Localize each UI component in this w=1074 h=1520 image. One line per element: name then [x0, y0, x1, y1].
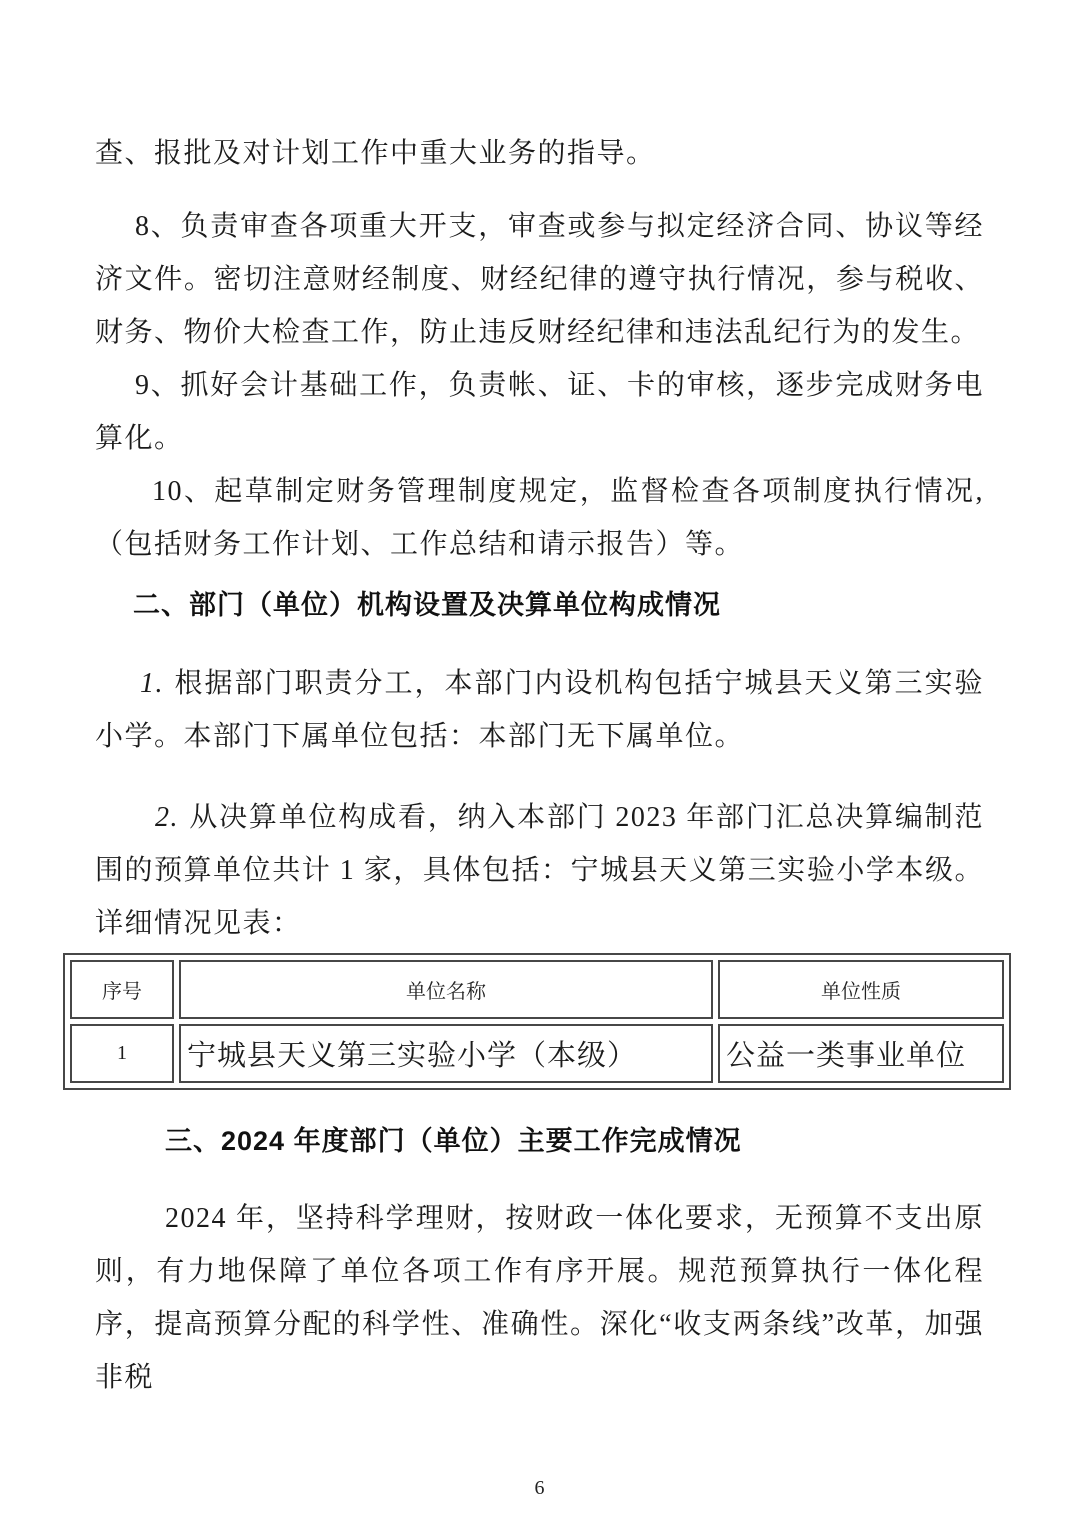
page-number: 6 [95, 1476, 984, 1500]
paragraph-section2-item2: 2.从决算单位构成看，纳入本部门 2023 年部门汇总决算编制范围的预算单位共计… [95, 791, 984, 950]
paragraph-item-9: 9、抓好会计基础工作，负责帐、证、卡的审核，逐步完成财务电算化。 [95, 359, 984, 465]
table-header-row: 序号 单位名称 单位性质 [70, 960, 1004, 1019]
list-number: 2. [155, 802, 179, 833]
paragraph-section3-item1: 2024 年，坚持科学理财，按财政一体化要求，无预算不支出原则，有力地保障了单位… [95, 1192, 984, 1404]
paragraph-item-10: 10、起草制定财务管理制度规定，监督检查各项制度执行情况,（包括财务工作计划、工… [95, 465, 984, 571]
table-cell-unit-name: 宁城县天义第三实验小学（本级） [179, 1024, 713, 1083]
paragraph-section2-item1: 1.根据部门职责分工，本部门内设机构包括宁城县天义第三实验小学。本部门下属单位包… [95, 657, 984, 763]
heading-section-2: 二、部门（单位）机构设置及决算单位构成情况 [95, 585, 984, 625]
heading-section-3: 三、2024 年度部门（单位）主要工作完成情况 [95, 1121, 984, 1161]
table-cell-index: 1 [70, 1024, 174, 1083]
paragraph-continuation: 查、报批及对计划工作中重大业务的指导。 [95, 127, 984, 180]
table-cell-unit-type: 公益一类事业单位 [718, 1024, 1004, 1083]
paragraph-item-8: 8、负责审查各项重大开支，审查或参与拟定经济合同、协议等经济文件。密切注意财经制… [95, 200, 984, 359]
page-content: 查、报批及对计划工作中重大业务的指导。 8、负责审查各项重大开支，审查或参与拟定… [0, 0, 1074, 1500]
unit-composition-table: 序号 单位名称 单位性质 1 宁城县天义第三实验小学（本级） 公益一类事业单位 [63, 953, 1011, 1090]
paragraph-text: 根据部门职责分工，本部门内设机构包括宁城县天义第三实验小学。本部门下属单位包括：… [95, 668, 984, 752]
table-header-unit-type: 单位性质 [718, 960, 1004, 1019]
table-row: 1 宁城县天义第三实验小学（本级） 公益一类事业单位 [70, 1024, 1004, 1083]
paragraph-text: 从决算单位构成看，纳入本部门 2023 年部门汇总决算编制范围的预算单位共计 1… [95, 802, 984, 939]
table-header-index: 序号 [70, 960, 174, 1019]
list-number: 1. [140, 668, 164, 699]
document-page: 查、报批及对计划工作中重大业务的指导。 8、负责审查各项重大开支，审查或参与拟定… [0, 0, 1074, 1520]
table-header-unit-name: 单位名称 [179, 960, 713, 1019]
